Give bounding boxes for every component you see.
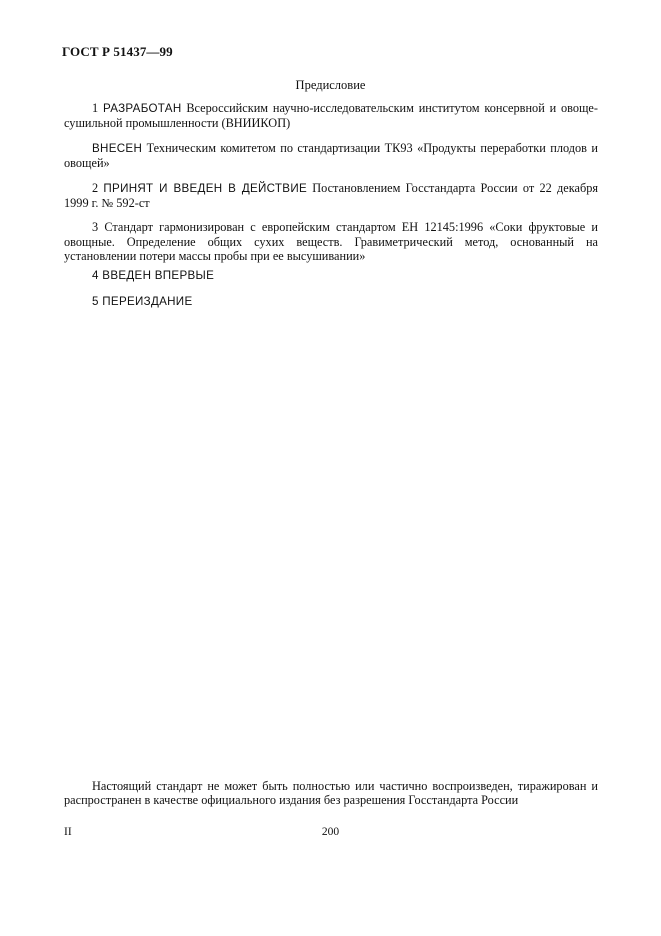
paragraph-keyword: РАЗРАБОТАН xyxy=(103,102,182,115)
paragraph-keyword: ВВЕДЕН ВПЕРВЫЕ xyxy=(102,269,214,282)
paragraph-keyword: ПЕРЕИЗДАНИЕ xyxy=(102,295,192,308)
paragraph-harmonized: 3 Стандарт гармонизирован с европейским … xyxy=(64,220,598,263)
paragraph-text: Стандарт гармонизирован с европейским ст… xyxy=(64,220,598,263)
paragraph-developed: 1 РАЗРАБОТАН Всероссийским научно-исслед… xyxy=(64,101,598,130)
paragraph-number: 1 xyxy=(92,101,103,115)
page-number: 200 xyxy=(0,826,661,838)
section-title: Предисловие xyxy=(0,78,661,93)
paragraph-number: 3 xyxy=(92,220,104,234)
paragraph-number: 5 xyxy=(92,295,102,308)
copyright-notice: Настоящий стандарт не может быть полност… xyxy=(64,779,598,807)
document-page: ГОСТ Р 51437—99 Предисловие 1 РАЗРАБОТАН… xyxy=(0,0,661,936)
paragraph-number: 4 xyxy=(92,269,102,282)
paragraph-introduced: ВНЕСЕН Техническим комитетом по стандарт… xyxy=(64,141,598,170)
paragraph-first-introduced: 4 ВВЕДЕН ВПЕРВЫЕ xyxy=(64,268,598,283)
paragraph-keyword: ВНЕСЕН xyxy=(92,142,142,155)
paragraph-keyword: ПРИНЯТ И ВВЕДЕН В ДЕЙСТВИЕ xyxy=(103,182,307,195)
paragraph-adopted: 2 ПРИНЯТ И ВВЕДЕН В ДЕЙСТВИЕ Постановлен… xyxy=(64,181,598,210)
paragraph-number: 2 xyxy=(92,181,103,195)
paragraph-reissue: 5 ПЕРЕИЗДАНИЕ xyxy=(64,294,598,309)
paragraph-text: Техническим комитетом по стандартизации … xyxy=(64,141,598,170)
document-code: ГОСТ Р 51437—99 xyxy=(62,44,173,60)
